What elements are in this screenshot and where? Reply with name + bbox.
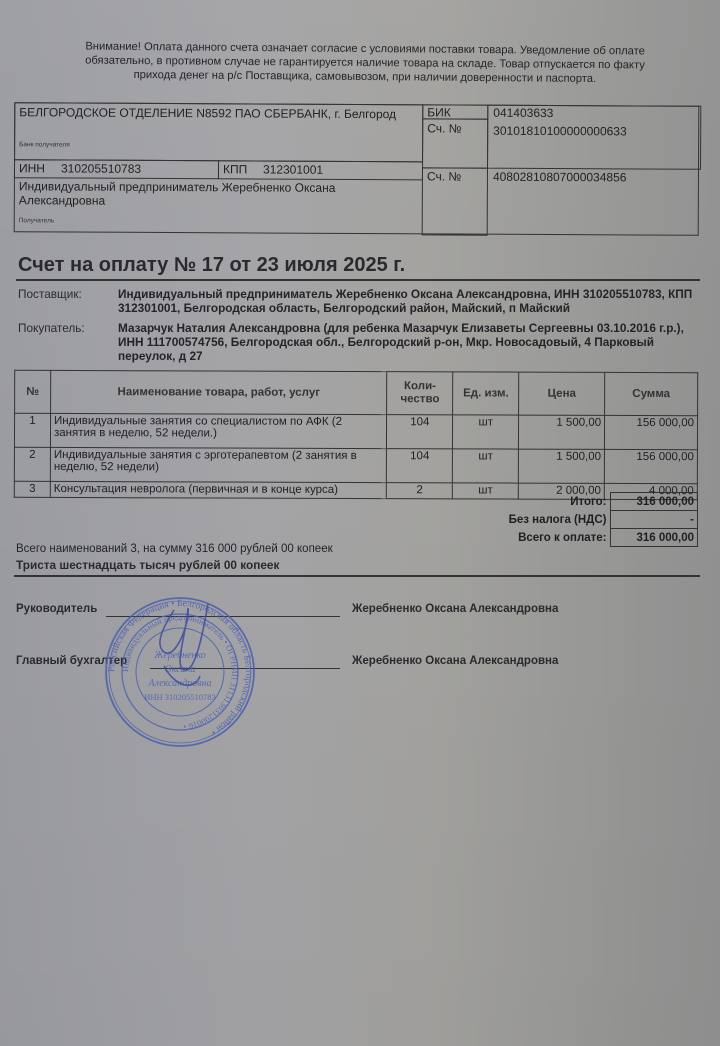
buyer-value: Мазарчук Наталия Александровна (для ребе… [118,321,708,363]
table-row: 1 Индивидуальные занятия со специалистом… [14,413,697,449]
items-summary: Всего наименований 3, на сумму 316 000 р… [16,543,333,555]
row-name: Консультация невролога (первичная и в ко… [50,481,386,498]
row-number: 2 [14,447,50,481]
inn-label: ИНН [19,161,45,175]
account-value: 40802810807000034856 [493,170,627,185]
total-value: 316 000,00 [610,493,698,511]
row-name: Индивидуальные занятия с эрготерапевтом … [50,447,387,482]
due-value: 316 000,00 [610,529,698,547]
invoice-page: Внимание! Оплата данного счета означает … [0,0,720,1046]
col-price: Цена [519,372,605,415]
items-header-row: № Наименование товара, работ, услуг Коли… [15,370,698,415]
kpp-value: 312301001 [263,163,323,177]
col-name: Наименование товара, работ, услуг [51,370,388,414]
row-sum: 156 000,00 [605,415,698,449]
company-stamp: Российская Федерация • Белгородская обла… [104,596,256,748]
due-label: Всего к оплате: [440,529,610,547]
bank-name: БЕЛГОРОДСКОЕ ОТДЕЛЕНИЕ N8592 ПАО СБЕРБАН… [19,105,396,121]
total-label: Итого: [440,493,610,511]
items-table: № Наименование товара, работ, услуг Коли… [14,370,698,500]
total-row: Итого: 316 000,00 [440,493,698,511]
row-price: 1 500,00 [519,449,605,483]
account-label: Сч. № [427,169,461,183]
supplier-value: Индивидуальный предприниматель Жеребненк… [118,287,708,315]
col-qty: Коли- чество [387,372,453,415]
col-number: № [15,370,51,413]
summary-divider [14,575,700,577]
due-row: Всего к оплате: 316 000,00 [440,529,698,547]
col-sum: Сумма [605,372,698,415]
vat-label: Без налога (НДС) [440,511,610,529]
amount-in-words: Триста шестнадцать тысяч рублей 00 копее… [16,558,279,572]
row-number: 1 [14,413,50,447]
vat-row: Без налога (НДС) - [440,511,698,529]
title-divider [16,279,700,281]
row-qty: 104 [387,449,453,483]
buyer-block: Покупатель: Мазарчук Наталия Александров… [18,321,708,365]
row-name: Индивидуальные занятия со специалистом п… [50,413,387,448]
row-price: 1 500,00 [519,415,605,449]
bank-caption: Банк получателя [19,141,70,148]
kpp-label: КПП [223,162,247,176]
head-signature-label: Руководитель [16,603,97,615]
buyer-label: Покупатель: [18,321,85,335]
row-unit: шт [453,415,519,449]
row-number: 3 [14,481,50,497]
corr-label: Сч. № [427,121,461,135]
col-unit: Ед. изм. [453,372,519,415]
row-qty: 104 [387,415,453,449]
stamp-inn: ИНН 310205510783 [144,692,216,702]
table-row: 2 Индивидуальные занятия с эрготерапевто… [14,447,697,483]
accountant-signature-name: Жеребненко Оксана Александровна [352,655,558,667]
supplier-label: Поставщик: [18,287,82,301]
inn-value: 310205510783 [61,161,141,175]
vat-value: - [610,511,698,529]
row-unit: шт [453,449,519,483]
totals-table: Итого: 316 000,00 Без налога (НДС) - Все… [440,492,698,547]
invoice-title: Счет на оплату № 17 от 23 июля 2025 г. [18,254,405,277]
bik-label: БИК [427,105,451,119]
payment-notice: Внимание! Оплата данного счета означает … [84,40,646,87]
bik-value-cell [487,105,701,170]
recipient-name: Индивидуальный предприниматель Жеребненк… [19,179,399,209]
head-signature-name: Жеребненко Оксана Александровна [352,603,558,615]
bank-details-block: БЕЛГОРОДСКОЕ ОТДЕЛЕНИЕ N8592 ПАО СБЕРБАН… [14,102,700,236]
recipient-caption: Получатель [19,217,55,224]
row-sum: 156 000,00 [604,449,697,483]
